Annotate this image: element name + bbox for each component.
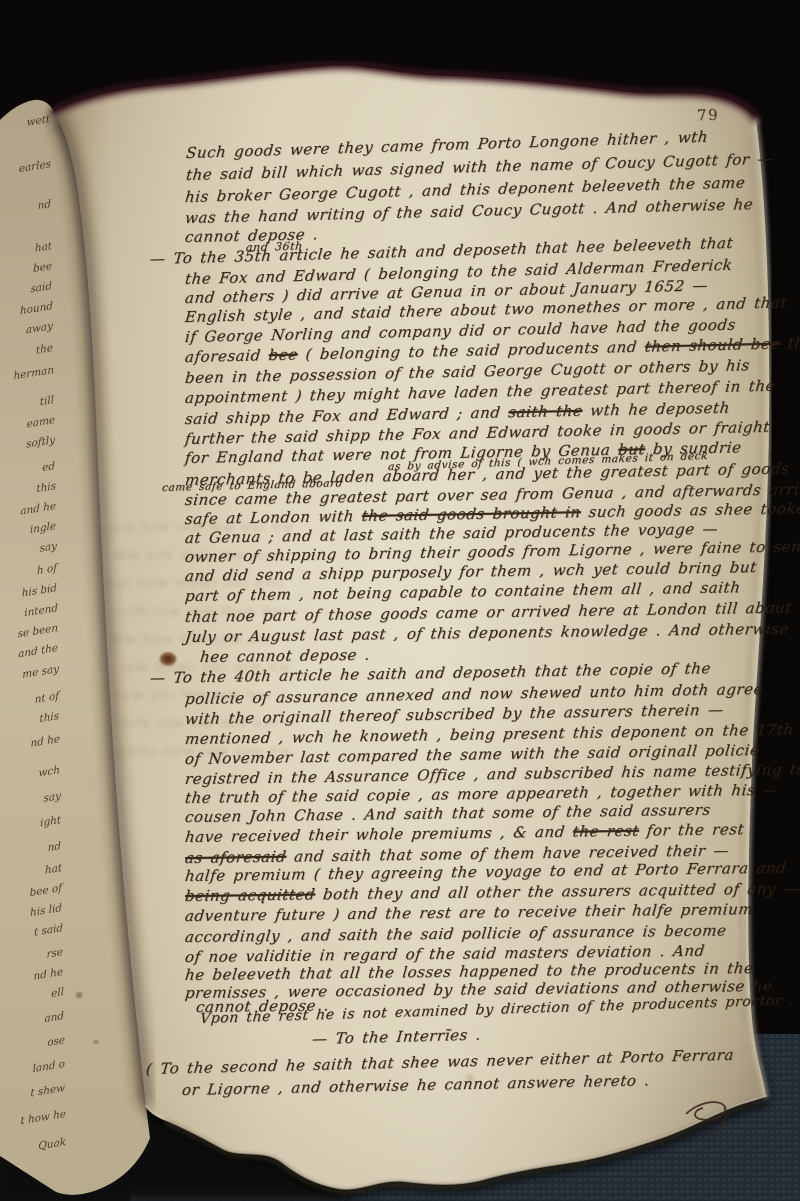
manuscript-photo: 79 ıuw nıw ınw mw uuı nwmw uım nuw ıuw n… [0,0,800,1201]
manuscript-page [54,66,769,1189]
page-artwork [0,0,800,1201]
